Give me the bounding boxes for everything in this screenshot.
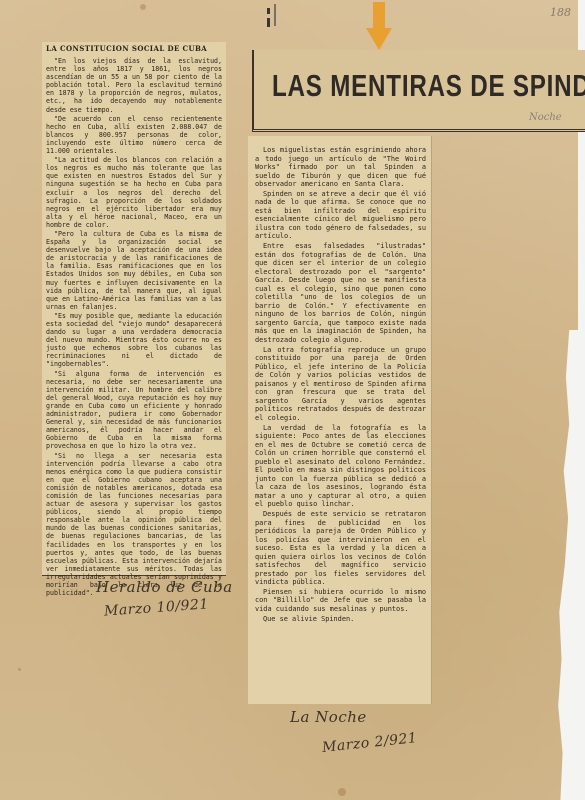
right-paragraph: Que se alivie Spinden. [255,615,426,624]
left-clipping: LA CONSTITUCION SOCIAL DE CUBA "En los v… [42,42,226,576]
left-clipping-title: LA CONSTITUCION SOCIAL DE CUBA [46,44,222,53]
margin-note: Noche [529,112,562,123]
left-paragraph: "La actitud de los blancos con relación … [46,156,222,229]
right-paragraph: La verdad de la fotografía es la siguien… [255,424,426,509]
right-headline-box: LAS MENTIRAS DE SPINDEN Noche [252,50,585,132]
left-paragraph: "Si alguna forma de intervención es nece… [46,370,222,451]
stain [140,4,146,10]
stain [338,788,346,796]
right-paragraph: Spinden on se atreve a decir que él vió … [255,190,426,241]
right-clipping: Los miguelistas están esgrimiendo ahora … [248,136,432,704]
left-paragraph: "En los viejos días de la esclavitud, en… [46,57,222,114]
left-paragraph: "Pero la cultura de Cuba es la misma de … [46,230,222,311]
handwritten-source-left: Heraldo de Cuba [96,578,233,596]
right-paragraph: La otra fotografía reproduce un grupo co… [255,346,426,423]
right-paragraph: Entre esas falsedades "ilustradas" están… [255,242,426,345]
left-paragraph: "Si no llega a ser necesaria esta interv… [46,452,222,598]
handwritten-date-right: Marzo 2/921 [321,730,418,756]
highlight-arrow-icon [366,2,392,50]
right-paragraph: Piensen si hubiera ocurrido lo mismo con… [255,588,426,614]
left-paragraph: "De acuerdo con el censo recientemente h… [46,115,222,155]
stain [18,668,21,671]
headline: LAS MENTIRAS DE SPINDEN [272,68,585,104]
handwritten-source-right: La Noche [290,708,367,726]
ink-marks [265,2,279,32]
torn-edge [556,330,578,800]
handwritten-date-left: Marzo 10/921 [104,596,210,619]
right-paragraph: Después de este servicio se retrataron p… [255,510,426,587]
archival-page: 188 LA CONSTITUCION SOCIAL DE CUBA "En l… [0,0,578,800]
right-paragraph: Los miguelistas están esgrimiendo ahora … [255,146,426,189]
page-number: 188 [550,6,571,19]
left-paragraph: "Es muy posible que, mediante la educaci… [46,312,222,369]
